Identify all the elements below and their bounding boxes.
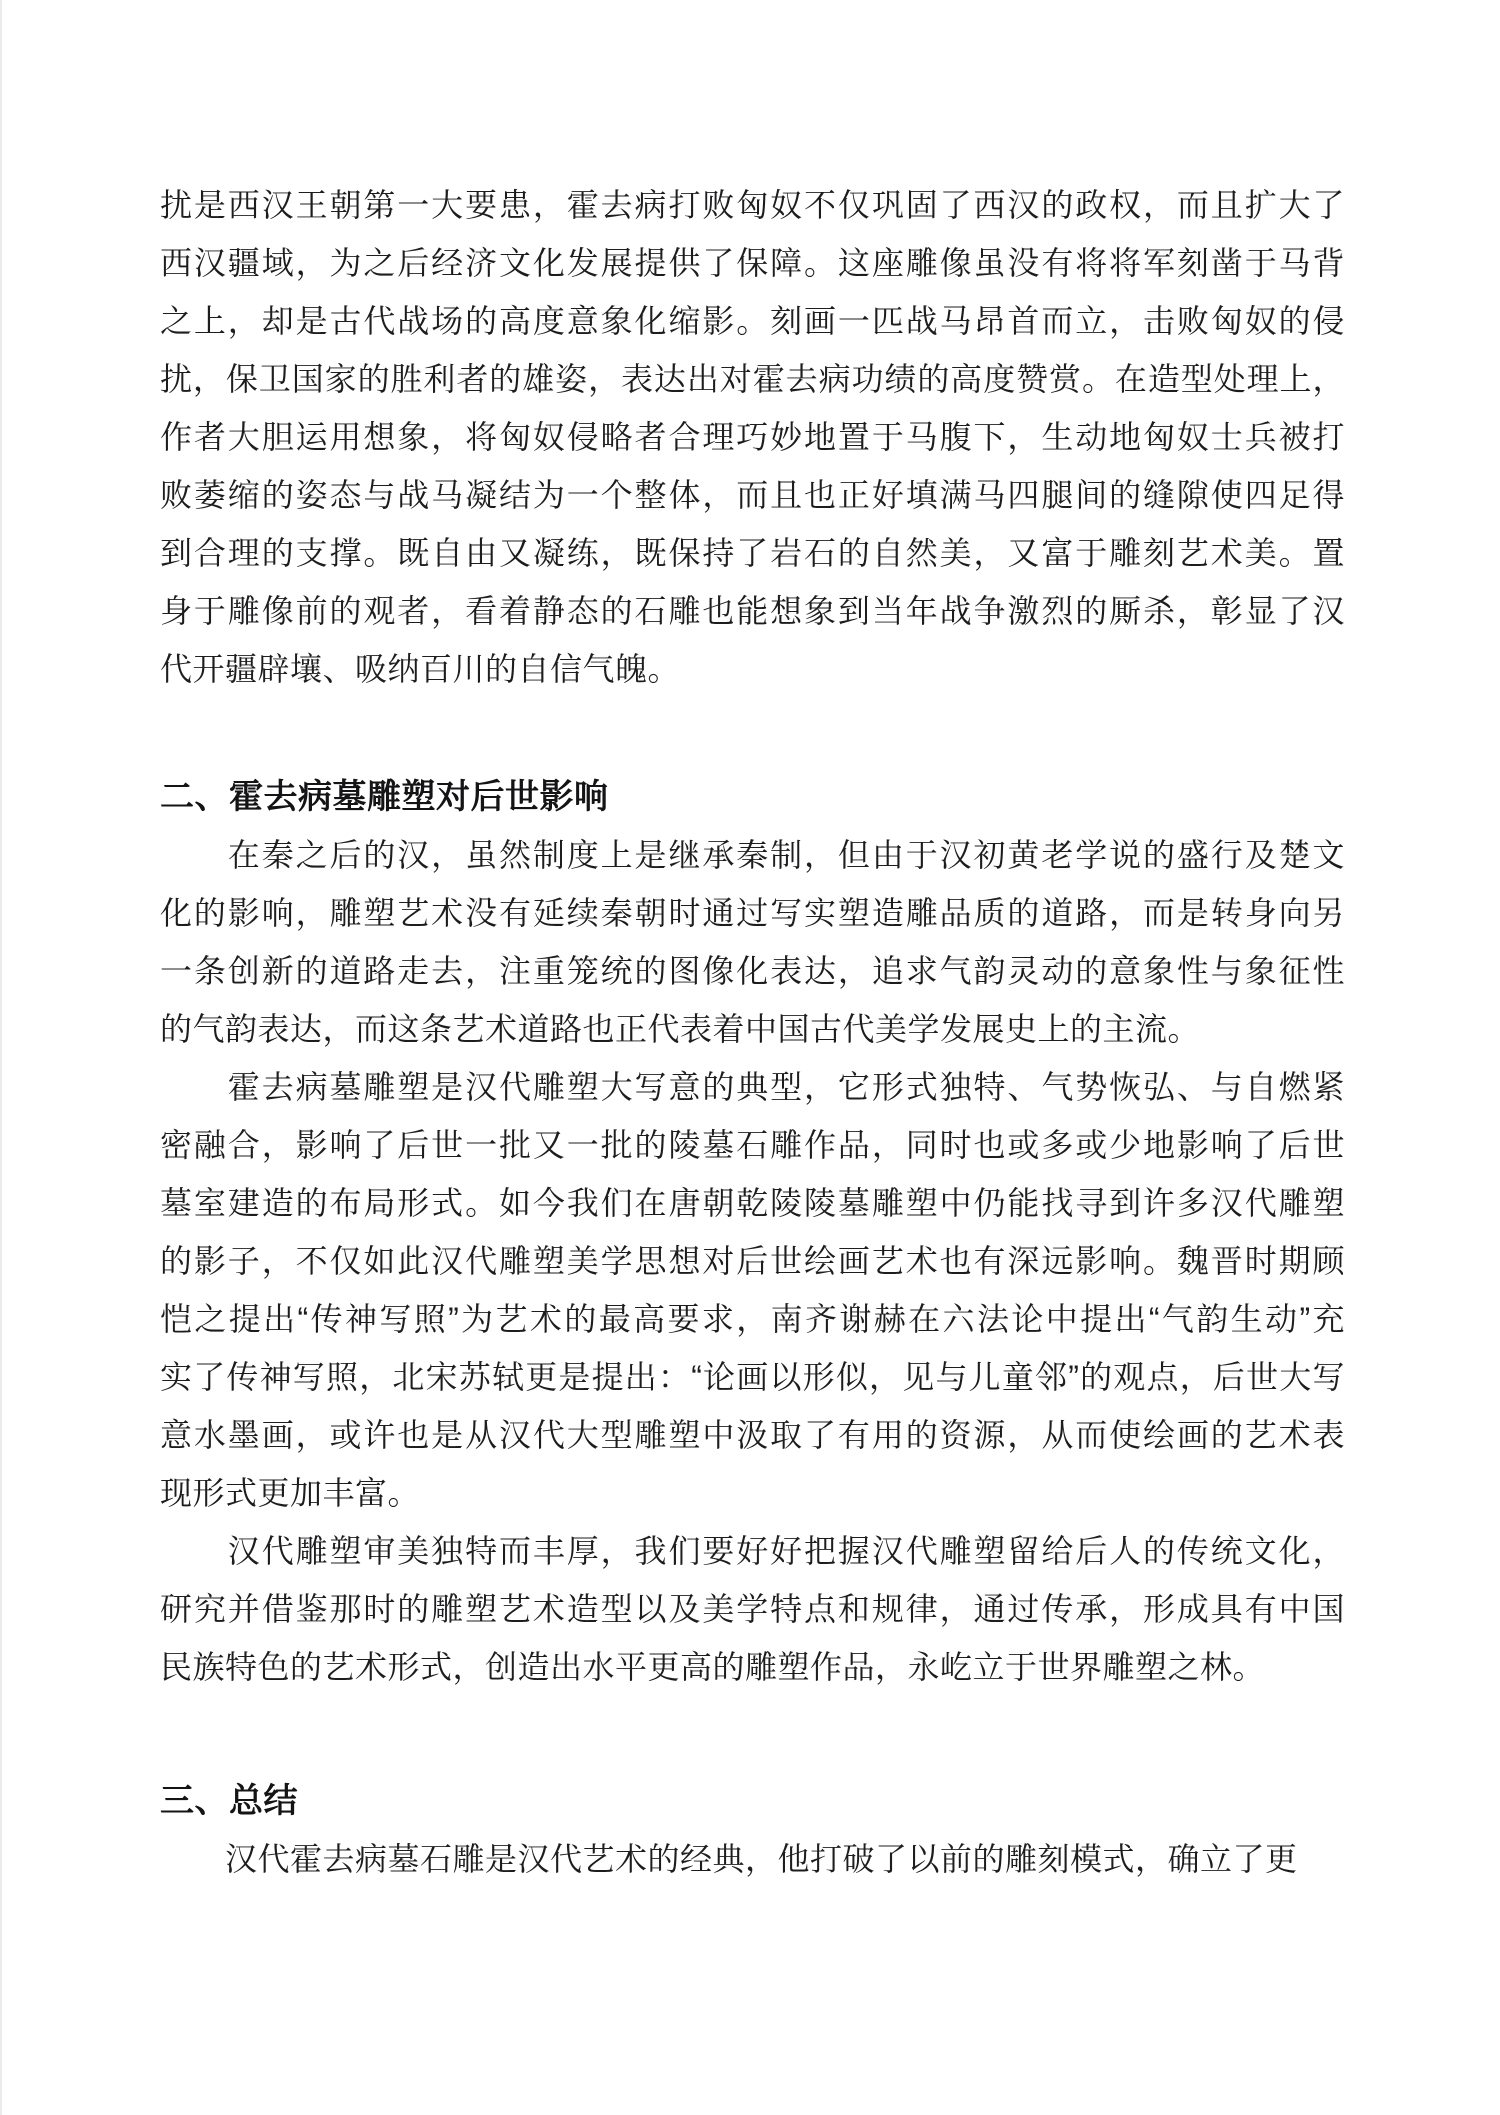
text-line: 民族特色的艺术形式，创造出水平更高的雕塑作品，永屹立于世界雕塑之林。 bbox=[160, 1638, 1345, 1696]
paragraph-han-after-qin: 在秦之后的汉，虽然制度上是继承秦制，但由于汉初黄老学说的盛行及楚文化的影响，雕塑… bbox=[160, 826, 1345, 1058]
section-heading-2: 二、霍去病墓雕塑对后世影响 bbox=[160, 768, 1345, 826]
section-heading-3: 三、总结 bbox=[160, 1772, 1345, 1830]
paragraph-huoqubing-sculpture-description: 扰是西汉王朝第一大要患，霍去病打败匈奴不仅巩固了西汉的政权，而且扩大了西汉疆域，… bbox=[160, 176, 1345, 698]
text-line: 之上，却是古代战场的高度意象化缩影。刻画一匹战马昂首而立，击败匈奴的侵 bbox=[160, 292, 1345, 350]
document-content: 扰是西汉王朝第一大要患，霍去病打败匈奴不仅巩固了西汉的政权，而且扩大了西汉疆域，… bbox=[160, 0, 1345, 1888]
text-line: 一条创新的道路走去，注重笼统的图像化表达，追求气韵灵动的意象性与象征性 bbox=[160, 942, 1345, 1000]
document-page: 扰是西汉王朝第一大要患，霍去病打败匈奴不仅巩固了西汉的政权，而且扩大了西汉疆域，… bbox=[0, 0, 1500, 2115]
text-line: 意水墨画，或许也是从汉代大型雕塑中汲取了有用的资源，从而使绘画的艺术表 bbox=[160, 1406, 1345, 1464]
page-left-edge-line bbox=[0, 0, 2, 2115]
text-line: 的气韵表达，而这条艺术道路也正代表着中国古代美学发展史上的主流。 bbox=[160, 1000, 1345, 1058]
text-line: 作者大胆运用想象，将匈奴侵略者合理巧妙地置于马腹下，生动地匈奴士兵被打 bbox=[160, 408, 1345, 466]
text-line: 霍去病墓雕塑是汉代雕塑大写意的典型，它形式独特、气势恢弘、与自燃紧 bbox=[160, 1058, 1345, 1116]
text-line: 身于雕像前的观者，看着静态的石雕也能想象到当年战争激烈的厮杀，彰显了汉 bbox=[160, 582, 1345, 640]
paragraph-han-aesthetics-heritage: 汉代雕塑审美独特而丰厚，我们要好好把握汉代雕塑留给后人的传统文化，研究并借鉴那时… bbox=[160, 1522, 1345, 1696]
text-line: 研究并借鉴那时的雕塑艺术造型以及美学特点和规律，通过传承，形成具有中国 bbox=[160, 1580, 1345, 1638]
text-line: 密融合，影响了后世一批又一批的陵墓石雕作品，同时也或多或少地影响了后世 bbox=[160, 1116, 1345, 1174]
text-line: 扰是西汉王朝第一大要患，霍去病打败匈奴不仅巩固了西汉的政权，而且扩大了 bbox=[160, 176, 1345, 234]
text-line: 西汉疆域，为之后经济文化发展提供了保障。这座雕像虽没有将将军刻凿于马背 bbox=[160, 234, 1345, 292]
text-line: 败萎缩的姿态与战马凝结为一个整体，而且也正好填满马四腿间的缝隙使四足得 bbox=[160, 466, 1345, 524]
text-line: 代开疆辟壤、吸纳百川的自信气魄。 bbox=[160, 640, 1345, 698]
text-line: 扰，保卫国家的胜利者的雄姿，表达出对霍去病功绩的高度赞赏。在造型处理上， bbox=[160, 350, 1345, 408]
paragraph-influence-on-later-art: 霍去病墓雕塑是汉代雕塑大写意的典型，它形式独特、气势恢弘、与自燃紧密融合，影响了… bbox=[160, 1058, 1345, 1522]
text-line: 汉代霍去病墓石雕是汉代艺术的经典，他打破了以前的雕刻模式，确立了更 bbox=[160, 1830, 1345, 1888]
text-line: 实了传神写照，北宋苏轼更是提出：“论画以形似，见与儿童邻”的观点，后世大写 bbox=[160, 1348, 1345, 1406]
text-line: 汉代雕塑审美独特而丰厚，我们要好好把握汉代雕塑留给后人的传统文化， bbox=[160, 1522, 1345, 1580]
text-line: 墓室建造的布局形式。如今我们在唐朝乾陵陵墓雕塑中仍能找寻到许多汉代雕塑 bbox=[160, 1174, 1345, 1232]
text-line: 的影子，不仅如此汉代雕塑美学思想对后世绘画艺术也有深远影响。魏晋时期顾 bbox=[160, 1232, 1345, 1290]
paragraph-summary: 汉代霍去病墓石雕是汉代艺术的经典，他打破了以前的雕刻模式，确立了更 bbox=[160, 1830, 1345, 1888]
text-line: 恺之提出“传神写照”为艺术的最高要求，南齐谢赫在六法论中提出“气韵生动”充 bbox=[160, 1290, 1345, 1348]
text-line: 现形式更加丰富。 bbox=[160, 1464, 1345, 1522]
text-line: 在秦之后的汉，虽然制度上是继承秦制，但由于汉初黄老学说的盛行及楚文 bbox=[160, 826, 1345, 884]
text-line: 到合理的支撑。既自由又凝练，既保持了岩石的自然美，又富于雕刻艺术美。置 bbox=[160, 524, 1345, 582]
text-line: 化的影响，雕塑艺术没有延续秦朝时通过写实塑造雕品质的道路，而是转身向另 bbox=[160, 884, 1345, 942]
